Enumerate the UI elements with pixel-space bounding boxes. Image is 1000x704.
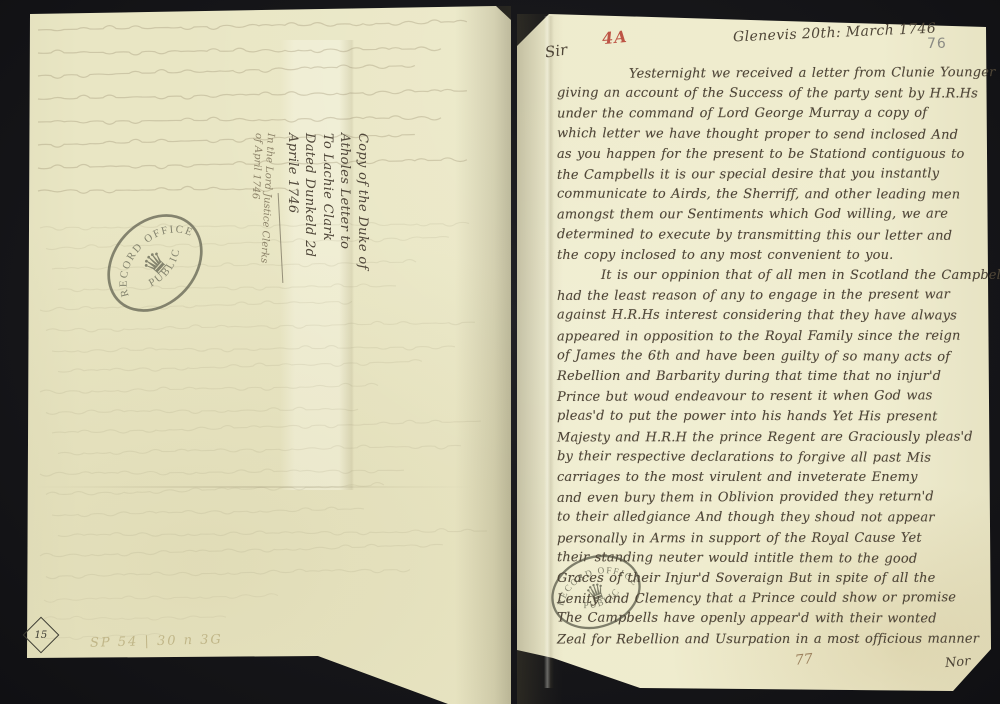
manuscript-line: giving an account of the Success of the …: [557, 84, 987, 105]
manuscript-line: carriages to the most virulent and invet…: [557, 468, 987, 488]
manuscript-line: Prince but woud endeavour to resent it w…: [557, 386, 987, 408]
manuscript-line: under the command of Lord George Murray …: [557, 104, 987, 125]
docket: Copy of the Duke ofAtholes Letter toTo L…: [253, 133, 371, 385]
manuscript-line: Majesty and H.R.H the prince Regent are …: [557, 427, 987, 448]
manuscript-line: appeared in opposition to the Royal Fami…: [557, 326, 987, 347]
manuscript-line: Lenity and Clemency that a Prince could …: [557, 588, 987, 610]
docket-line: To Lachie Clark: [319, 133, 337, 385]
red-folio-mark: 4A: [601, 27, 628, 48]
manuscript-line: Zeal for Rebellion and Usurpation in a m…: [557, 629, 987, 650]
manuscript-line: Graces of their Injur'd Soveraign But in…: [557, 569, 987, 589]
manuscript-line: had the least reason of any to engage in…: [557, 285, 987, 307]
folio-number-pencil: 76: [927, 36, 947, 52]
docket-line: Dated Dunkeld 2d: [301, 133, 319, 385]
manuscript-line: It is our oppinion that of all men in Sc…: [557, 266, 987, 286]
manuscript-line: determined to execute by transmitting th…: [557, 225, 987, 247]
manuscript-line: which letter we have thought proper to s…: [557, 124, 987, 146]
manuscript-line: pleas'd to put the power into his hands …: [557, 407, 987, 428]
docket-line: Atholes Letter to: [336, 133, 354, 385]
salutation: Sir: [544, 41, 569, 62]
old-page-number: 77: [794, 651, 813, 669]
letter-body: Yesternight we received a letter from Cl…: [557, 64, 987, 650]
catchword: Nor: [944, 654, 971, 671]
manuscript-line: communicate to Airds, the Sherriff, and …: [557, 185, 987, 206]
docket-line: Aprile 1746: [284, 133, 302, 385]
manuscript-line: the Campbells it is our special desire t…: [557, 164, 987, 186]
docket-line: Copy of the Duke of: [354, 133, 372, 385]
manuscript-line: amongst them our Sentiments which God wi…: [557, 205, 987, 226]
manuscript-line: their standing neuter would intitle them…: [557, 548, 987, 570]
manuscript-line: Rebellion and Barbarity during that time…: [557, 367, 987, 387]
manuscript-line: to their alledgiance And though they sho…: [557, 508, 987, 529]
manuscript-photo: RECORD OFFICEPUBLIC♛ RECORD OFFICEPUBLIC…: [0, 0, 1000, 704]
manuscript-line: against H.R.Hs interest considering that…: [557, 306, 987, 327]
manuscript-line: the copy inclosed to any most convenient…: [557, 246, 987, 266]
manuscript-line: personally in Arms in support of the Roy…: [557, 528, 987, 549]
manuscript-line: by their respective declarations to forg…: [557, 447, 987, 469]
manuscript-line: and even bury them in Oblivion provided …: [557, 487, 987, 509]
manuscript-line: The Campbells have openly appear'd with …: [557, 609, 987, 630]
manuscript-line: as you happen for the present to be Stat…: [557, 145, 987, 165]
manuscript-line: Yesternight we received a letter from Cl…: [557, 63, 987, 85]
manuscript-line: of James the 6th and have been guilty of…: [557, 346, 987, 368]
corner-number: 15: [35, 629, 48, 640]
